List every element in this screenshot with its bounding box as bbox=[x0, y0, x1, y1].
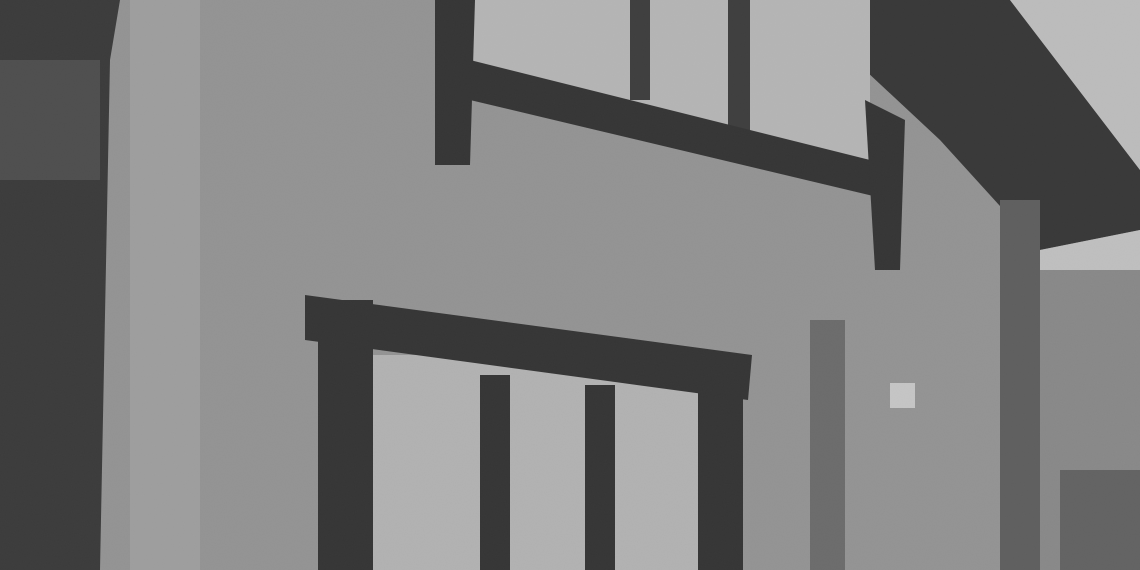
photo-scene bbox=[0, 0, 1140, 570]
log-house-photo bbox=[0, 0, 1140, 570]
